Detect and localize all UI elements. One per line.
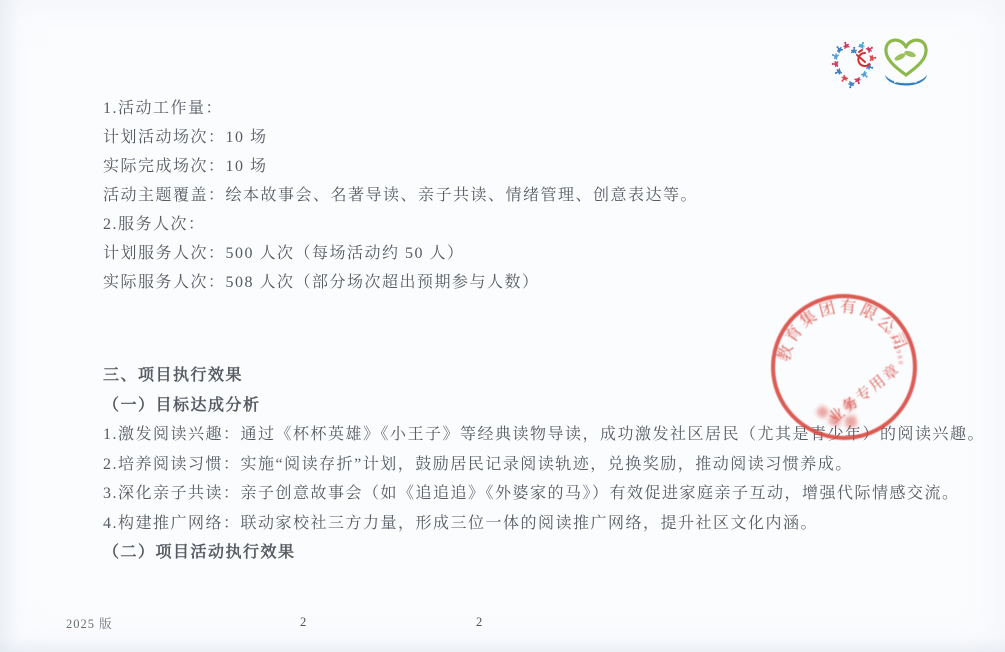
page-number: 2 xyxy=(300,615,306,630)
edition-label: 2025 版 xyxy=(66,614,113,632)
report-line: 实际完成场次：10 场 xyxy=(103,152,698,181)
heart-of-figures-icon xyxy=(831,41,877,89)
analysis-item: 1.激发阅读兴趣：通过《杯杯英雄》《小王子》等经典读物导读，成功激发社区居民（尤… xyxy=(103,420,985,450)
party-heart-logo xyxy=(826,36,880,90)
report-line: 1.活动工作量： xyxy=(103,94,698,123)
report-line: 计划活动场次：10 场 xyxy=(103,123,698,152)
report-line: 活动主题覆盖：绘本故事会、名著导读、亲子共读、情绪管理、创意表达等。 xyxy=(103,181,698,210)
report-line: 计划服务人次：500 人次（每场活动约 50 人） xyxy=(103,239,698,268)
community-care-logo xyxy=(878,32,934,92)
analysis-item: 3.深化亲子共读：亲子创意故事会（如《追追追》《外婆家的马》）有效促进家庭亲子互… xyxy=(103,479,985,509)
report-line: 实际服务人次：508 人次（部分场次超出预期参与人数） xyxy=(103,268,698,297)
analysis-item: 2.培养阅读习惯：实施“阅读存折”计划，鼓励居民记录阅读轨迹，兑换奖励，推动阅读… xyxy=(103,450,985,480)
workload-block: 1.活动工作量： 计划活动场次：10 场 实际完成场次：10 场 活动主题覆盖：… xyxy=(103,94,698,297)
subsection-heading: （二）项目活动执行效果 xyxy=(103,538,985,568)
analysis-item: 4.构建推广网络：联动家校社三方力量，形成三位一体的阅读推广网络，提升社区文化内… xyxy=(103,509,985,539)
execution-results-section: 三、项目执行效果 （一）目标达成分析 1.激发阅读兴趣：通过《杯杯英雄》《小王子… xyxy=(103,361,985,568)
scanned-report-page: 1.活动工作量： 计划活动场次：10 场 实际完成场次：10 场 活动主题覆盖：… xyxy=(0,0,1005,652)
page-number: 2 xyxy=(476,615,482,630)
subsection-heading: （一）目标达成分析 xyxy=(103,391,985,421)
section-heading: 三、项目执行效果 xyxy=(103,361,985,391)
green-heart-hands-icon xyxy=(885,40,927,85)
report-line: 2.服务人次： xyxy=(103,210,698,239)
